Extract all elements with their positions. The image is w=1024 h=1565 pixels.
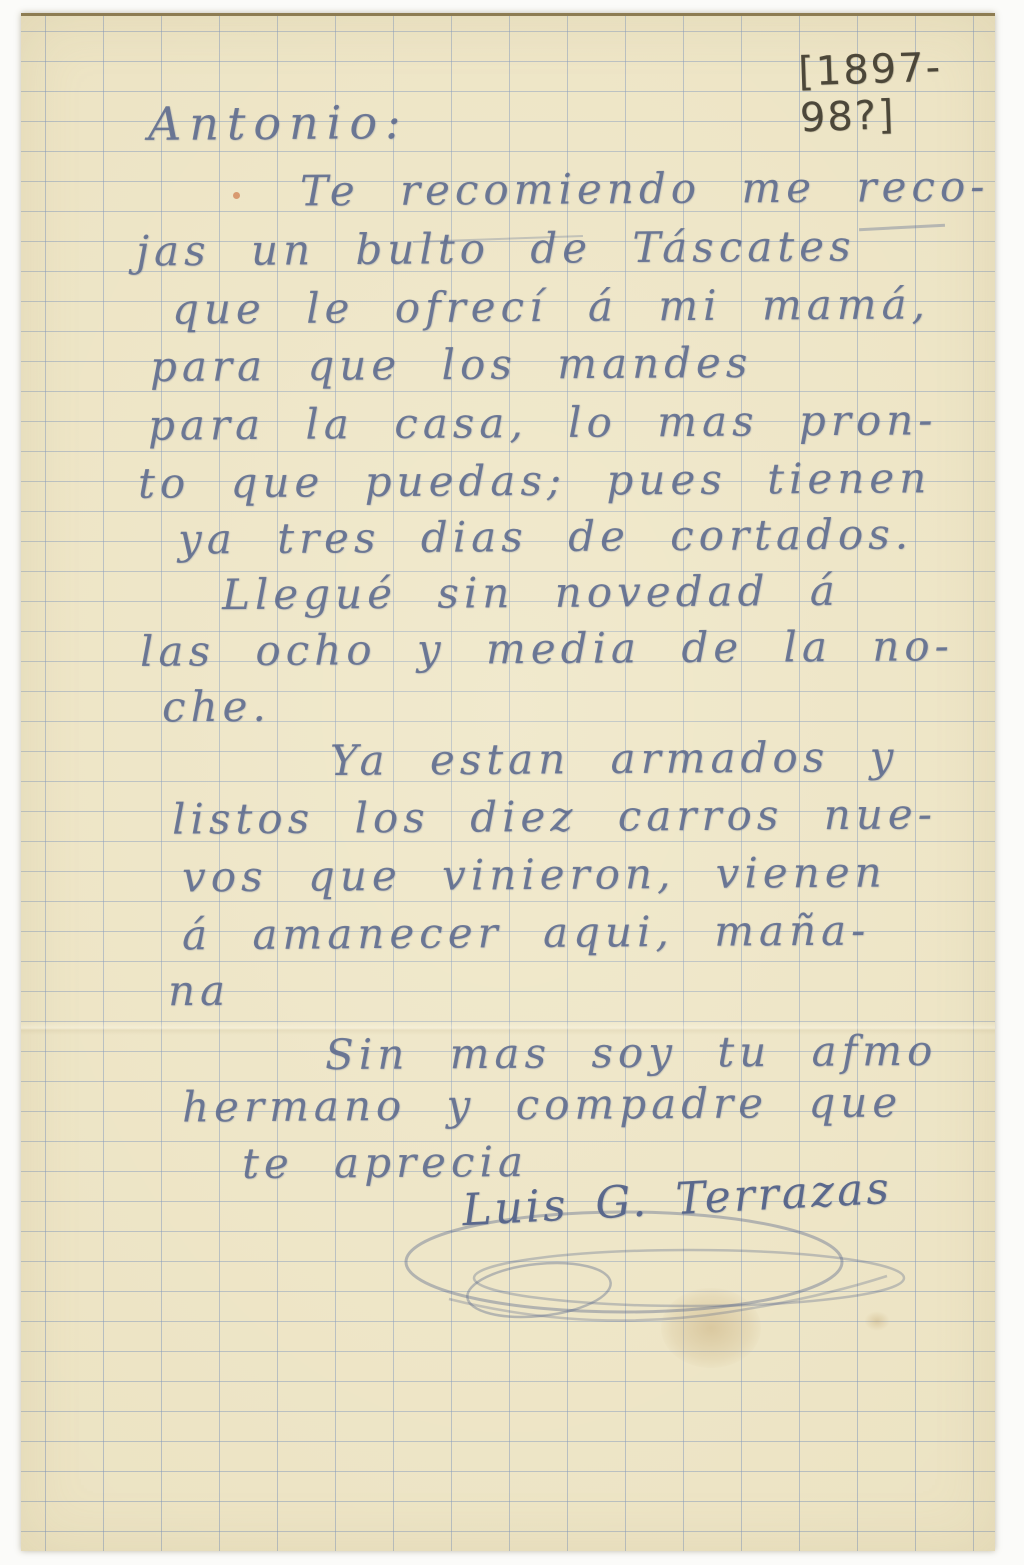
letter-line: listos los diez carros nue- <box>172 789 937 843</box>
paper-stain-small <box>864 1311 890 1331</box>
letter-line: Te recomiendo me reco- <box>300 162 990 216</box>
letter-line: para que los mandes <box>150 338 753 391</box>
letter-line: na <box>168 966 230 1015</box>
letter-line: hermano y compadre que <box>182 1077 902 1131</box>
letter-line: Llegué sin novedad á <box>222 566 840 619</box>
salutation: Antonio: <box>148 95 409 151</box>
paper-stain-large <box>661 1288 761 1368</box>
letter-line: Ya estan armados y <box>330 732 899 785</box>
letter-line: te aprecia <box>242 1137 528 1188</box>
letter-line: Sin mas soy tu afmo <box>325 1026 938 1079</box>
letter-line: to que puedas; pues tienen <box>138 453 932 508</box>
letter-paper: [1897-98?] Antonio: Te recomiendo me rec… <box>21 13 995 1551</box>
letter-line: á amanecer aqui, maña- <box>182 906 871 960</box>
letter-line: para la casa, lo mas pron- <box>148 395 938 450</box>
letter-line: las ocho y media de la no- <box>140 621 954 676</box>
letter-line: che. <box>162 682 271 732</box>
letter-line: jas un bulto de Táscates <box>136 221 856 275</box>
letter-line: que le ofrecí á mi mamá, <box>172 279 930 333</box>
letter-line: ya tres dias de cortados. <box>178 509 913 563</box>
archival-date-annotation: [1897-98?] <box>797 43 996 142</box>
letter-line: vos que vinieron, vienen <box>182 848 887 902</box>
scanned-letter: [1897-98?] Antonio: Te recomiendo me rec… <box>0 0 1024 1565</box>
stray-pencil-mark <box>859 224 945 231</box>
paper-speck <box>233 192 240 199</box>
